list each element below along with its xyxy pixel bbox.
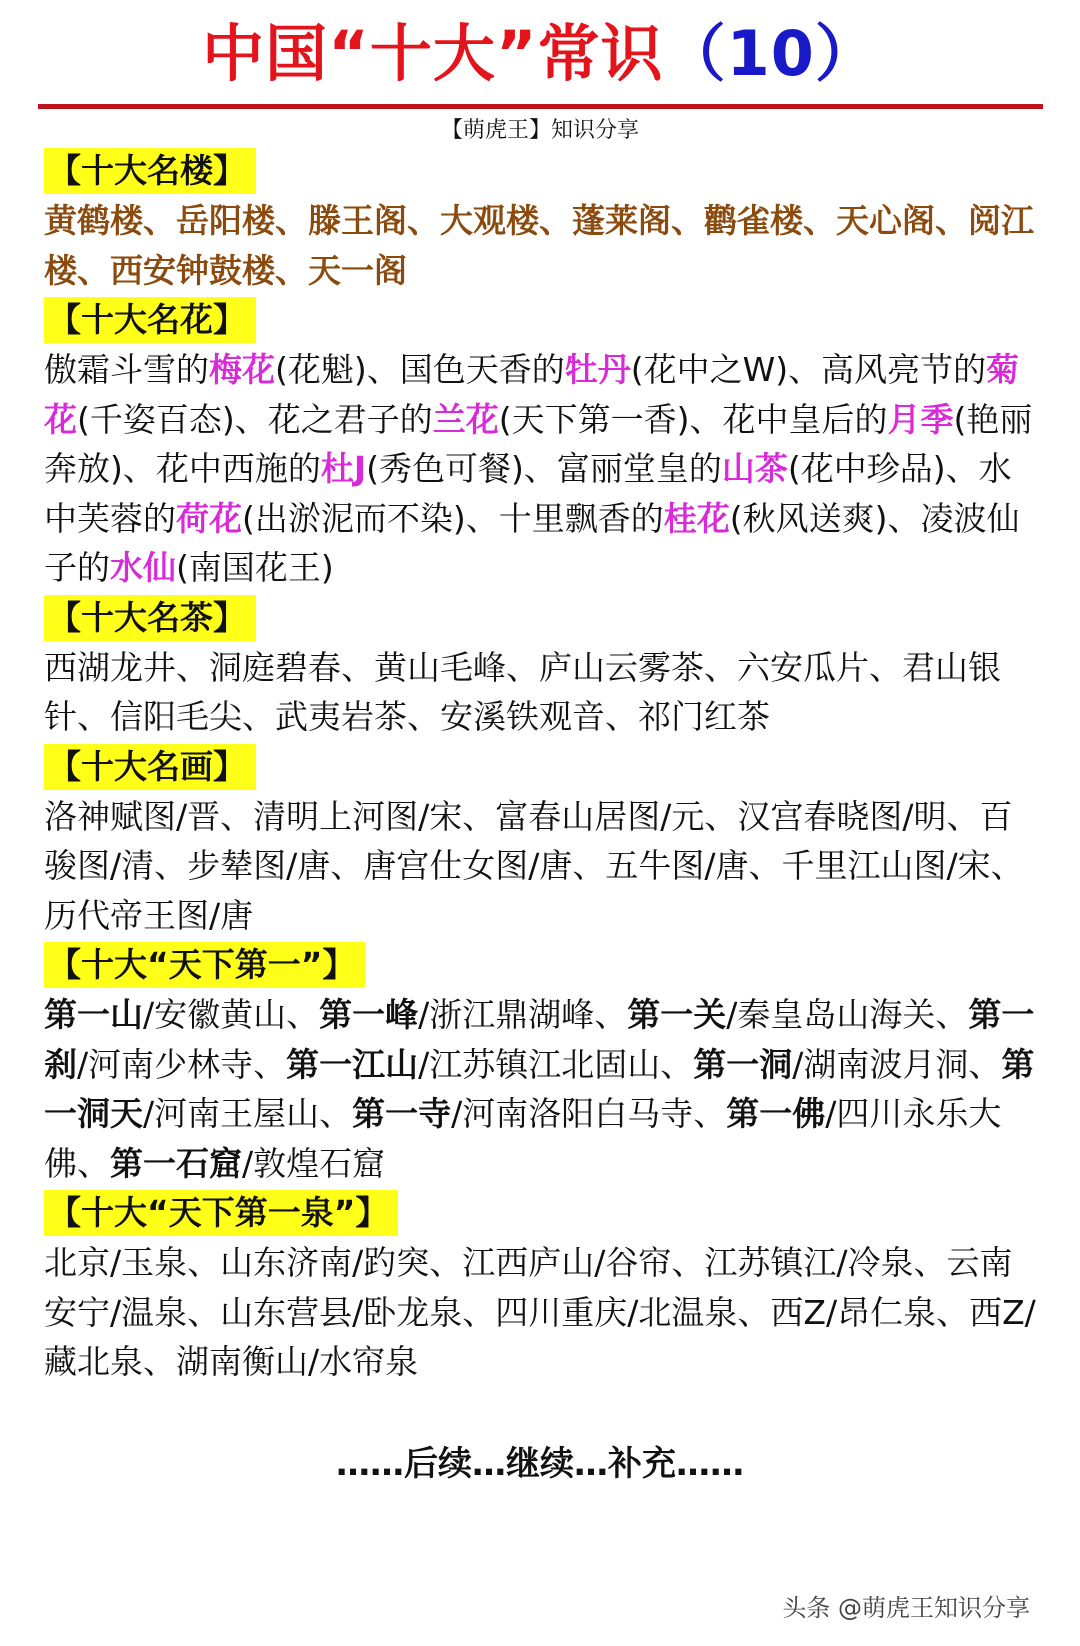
highlight-term: 兰花 [433, 400, 499, 439]
section-heading: 【十大名画】 [44, 744, 256, 790]
section-body: 第一山/安徽黄山、第一峰/浙江鼎湖峰、第一关/秦皇岛山海关、第一刹/河南少林寺、… [44, 990, 1044, 1188]
text-segment: 黄鹤楼、岳阳楼、滕王阁、大观楼、蓬莱阁、鹳雀楼、天心阁、阅江楼、西安钟鼓楼、天一… [44, 201, 1034, 290]
section-body: 洛神赋图/晋、清明上河图/宋、富春山居图/元、汉宫春晓图/明、百骏图/清、步辇图… [44, 792, 1044, 941]
text-segment: /河南洛阳白马寺、 [451, 1094, 726, 1133]
section-famous-paintings: 【十大名画】 洛神赋图/晋、清明上河图/宋、富春山居图/元、汉宫春晓图/明、百骏… [44, 744, 1044, 941]
text-segment: /湖南波月洞、 [792, 1045, 1001, 1084]
subtitle: 【萌虎王】知识分享 [0, 116, 1080, 146]
section-heading: 【十大名楼】 [44, 148, 256, 194]
bold-term: 第一江山 [286, 1045, 418, 1084]
text-segment: /河南少林寺、 [77, 1045, 286, 1084]
title-main: 中国“十大”常识 [202, 17, 664, 90]
highlight-term: 桂花 [664, 499, 730, 538]
title-divider [38, 104, 1043, 109]
bold-term: 第一石窟 [110, 1144, 242, 1183]
section-body: 北京/玉泉、山东济南/趵突、江西庐山/谷帘、江苏镇江/冷泉、云南安宁/温泉、山东… [44, 1238, 1044, 1387]
highlight-term: 牡丹 [565, 350, 631, 389]
text-segment: 西湖龙井、洞庭碧春、黄山毛峰、庐山云雾茶、六安瓜片、君山银针、信阳毛尖、武夷岩茶… [44, 648, 1001, 737]
highlight-term: 月季 [888, 400, 954, 439]
section-body: 傲霜斗雪的梅花(花魁)、国色天香的牡丹(花中之W)、高风亮节的菊花(千姿百态)、… [44, 345, 1044, 593]
section-famous-teas: 【十大名茶】 西湖龙井、洞庭碧春、黄山毛峰、庐山云雾茶、六安瓜片、君山银针、信阳… [44, 595, 1044, 742]
title-number: （10） [664, 17, 878, 90]
section-heading: 【十大名花】 [44, 297, 256, 343]
highlight-term: 杜J [321, 449, 366, 488]
section-heading: 【十大名茶】 [44, 595, 256, 641]
text-segment: (秀色可餐)、富丽堂皇的 [366, 449, 722, 488]
section-body: 黄鹤楼、岳阳楼、滕王阁、大观楼、蓬莱阁、鹳雀楼、天心阁、阅江楼、西安钟鼓楼、天一… [44, 196, 1044, 295]
text-segment: (花魁)、国色天香的 [275, 350, 565, 389]
text-segment: (出淤泥而不染)、十里飘香的 [242, 499, 664, 538]
text-segment: 北京/玉泉、山东济南/趵突、江西庐山/谷帘、江苏镇江/冷泉、云南安宁/温泉、山东… [44, 1243, 1036, 1381]
section-heading: 【十大“天下第一”】 [44, 942, 365, 988]
bold-term: 第一关 [627, 995, 726, 1034]
highlight-term: 山茶 [722, 449, 788, 488]
bold-term: 第一峰 [319, 995, 418, 1034]
text-segment: /敦煌石窟 [242, 1144, 385, 1183]
section-famous-flowers: 【十大名花】 傲霜斗雪的梅花(花魁)、国色天香的牡丹(花中之W)、高风亮节的菊花… [44, 297, 1044, 593]
highlight-term: 荷花 [176, 499, 242, 538]
section-best-under-heaven: 【十大“天下第一”】 第一山/安徽黄山、第一峰/浙江鼎湖峰、第一关/秦皇岛山海关… [44, 942, 1044, 1188]
highlight-term: 梅花 [209, 350, 275, 389]
bold-term: 第一洞 [693, 1045, 792, 1084]
section-body: 西湖龙井、洞庭碧春、黄山毛峰、庐山云雾茶、六安瓜片、君山银针、信阳毛尖、武夷岩茶… [44, 643, 1044, 742]
section-heading: 【十大“天下第一泉”】 [44, 1190, 398, 1236]
bold-term: 第一佛 [726, 1094, 825, 1133]
content: 【十大名楼】 黄鹤楼、岳阳楼、滕王阁、大观楼、蓬莱阁、鹳雀楼、天心阁、阅江楼、西… [44, 148, 1044, 1389]
to-be-continued: ……后续…继续…补充…… [0, 1442, 1080, 1486]
bold-term: 第一山 [44, 995, 143, 1034]
bold-term: 第一寺 [352, 1094, 451, 1133]
text-segment: /河南王屋山、 [143, 1094, 352, 1133]
text-segment: (花中之W)、高风亮节的 [631, 350, 986, 389]
highlight-term: 水仙 [110, 548, 176, 587]
text-segment: (千姿百态)、花之君子的 [77, 400, 433, 439]
text-segment: 傲霜斗雪的 [44, 350, 209, 389]
text-segment: /秦皇岛山海关、 [726, 995, 968, 1034]
text-segment: /江苏镇江北固山、 [418, 1045, 693, 1084]
text-segment: (南国花王) [176, 548, 334, 587]
watermark: 头条 @萌虎王知识分享 [782, 1592, 1030, 1624]
section-famous-towers: 【十大名楼】 黄鹤楼、岳阳楼、滕王阁、大观楼、蓬莱阁、鹳雀楼、天心阁、阅江楼、西… [44, 148, 1044, 295]
page-title: 中国“十大”常识（10） [0, 14, 1080, 94]
text-segment: /浙江鼎湖峰、 [418, 995, 627, 1034]
text-segment: /安徽黄山、 [143, 995, 319, 1034]
section-best-springs: 【十大“天下第一泉”】 北京/玉泉、山东济南/趵突、江西庐山/谷帘、江苏镇江/冷… [44, 1190, 1044, 1387]
text-segment: 洛神赋图/晋、清明上河图/宋、富春山居图/元、汉宫春晓图/明、百骏图/清、步辇图… [44, 797, 1024, 935]
text-segment: (天下第一香)、花中皇后的 [499, 400, 888, 439]
